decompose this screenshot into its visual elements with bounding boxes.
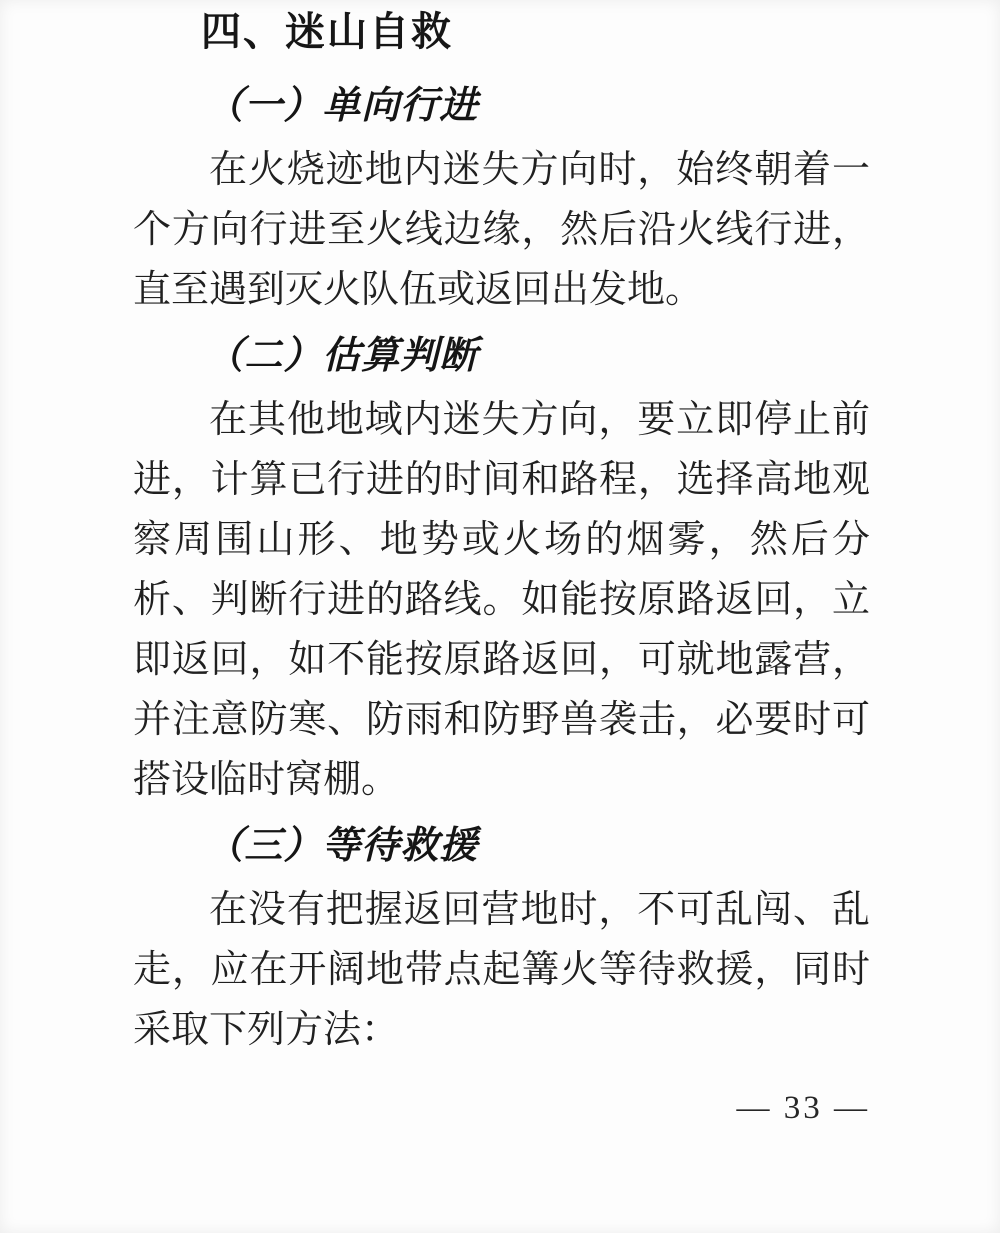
subsection-3: （三）等待救援 在没有把握返回营地时，不可乱闯、乱走，应在开阔地带点起篝火等待救…	[133, 824, 870, 1060]
document-page: 四、迷山自救 （一）单向行进 在火烧迹地内迷失方向时，始终朝着一个方向行进至火线…	[0, 0, 1000, 1233]
page-number: — 33 —	[133, 1086, 870, 1130]
subsection-3-heading: （三）等待救援	[133, 824, 870, 868]
subsection-1: （一）单向行进 在火烧迹地内迷失方向时，始终朝着一个方向行进至火线边缘，然后沿火…	[133, 84, 870, 320]
subsection-2: （二）估算判断 在其他地域内迷失方向，要立即停止前进，计算已行进的时间和路程，选…	[133, 334, 870, 810]
subsection-3-paragraph: 在没有把握返回营地时，不可乱闯、乱走，应在开阔地带点起篝火等待救援，同时采取下列…	[133, 880, 870, 1060]
subsection-1-heading: （一）单向行进	[133, 84, 870, 128]
subsection-1-paragraph: 在火烧迹地内迷失方向时，始终朝着一个方向行进至火线边缘，然后沿火线行进，直至遇到…	[133, 140, 870, 320]
subsection-2-paragraph: 在其他地域内迷失方向，要立即停止前进，计算已行进的时间和路程，选择高地观察周围山…	[133, 390, 870, 810]
chapter-title: 四、迷山自救	[133, 8, 870, 56]
subsection-2-heading: （二）估算判断	[133, 334, 870, 378]
